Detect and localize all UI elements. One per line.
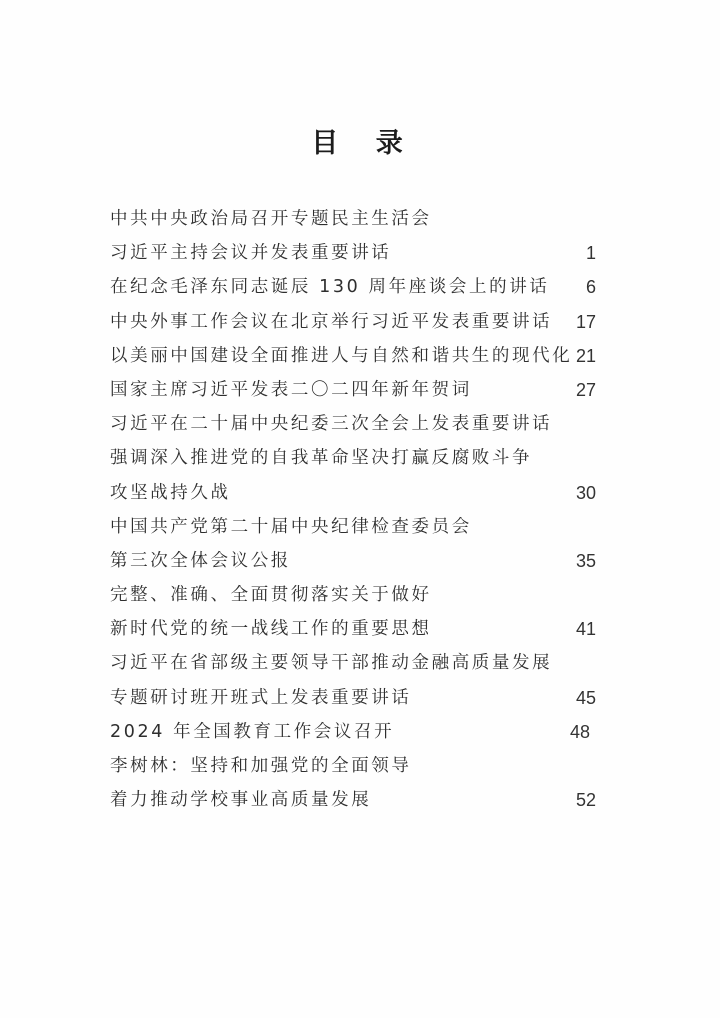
toc-entry-line[interactable]: 第三次全体会议公报 35 [110,546,596,580]
toc-entry-line[interactable]: 中国共产党第二十届中央纪律检查委员会 [110,512,596,546]
toc-entry-text: 以美丽中国建设全面推进人与自然和谐共生的现代化 [110,341,572,371]
toc-entry-line[interactable]: 攻坚战持久战 30 [110,478,596,512]
toc-entry-text: 完整、准确、全面贯彻落实关于做好 [110,580,432,610]
toc-page-number: 52 [576,785,596,815]
toc-page-number: 1 [586,238,596,268]
toc-entry-line[interactable]: 习近平在二十届中央纪委三次全会上发表重要讲话 [110,409,596,443]
toc-entry-line[interactable]: 完整、准确、全面贯彻落实关于做好 [110,580,596,614]
toc-entry-line[interactable]: 中央外事工作会议在北京举行习近平发表重要讲话 17 [110,307,596,341]
toc-entry-line[interactable]: 在纪念毛泽东同志诞辰 130 周年座谈会上的讲话 6 [110,272,596,306]
toc-page-number: 35 [576,546,596,576]
toc-entry-line[interactable]: 中共中央政治局召开专题民主生活会 [110,204,596,238]
toc-entry-text: 攻坚战持久战 [110,478,231,508]
toc-entry-text: 习近平在省部级主要领导干部推动金融高质量发展 [110,648,552,678]
toc-entry-text: 国家主席习近平发表二〇二四年新年贺词 [110,375,472,405]
toc-title: 目 录 [0,126,720,162]
toc-page-number: 41 [576,614,596,644]
toc-entry-line[interactable]: 习近平主持会议并发表重要讲话 1 [110,238,596,272]
toc-page-number: 21 [576,341,596,371]
toc-page-number: 48 [570,717,590,747]
toc-entry-text: 第三次全体会议公报 [110,546,291,576]
toc-entry-line[interactable]: 着力推动学校事业高质量发展 52 [110,785,596,819]
toc-entry-text: 2024 年全国教育工作会议召开 [110,717,394,747]
table-of-contents: 中共中央政治局召开专题民主生活会 习近平主持会议并发表重要讲话 1 在纪念毛泽东… [110,204,596,819]
toc-page-number: 27 [576,375,596,405]
toc-entry-line[interactable]: 强调深入推进党的自我革命坚决打赢反腐败斗争 [110,443,596,477]
toc-entry-text: 李树林：坚持和加强党的全面领导 [110,751,412,781]
toc-entry-text: 中国共产党第二十届中央纪律检查委员会 [110,512,472,542]
toc-page-number: 17 [576,307,596,337]
toc-entry-text: 新时代党的统一战线工作的重要思想 [110,614,432,644]
toc-entry-line[interactable]: 习近平在省部级主要领导干部推动金融高质量发展 [110,648,596,682]
toc-page-number: 6 [586,272,596,302]
toc-entry-text: 在纪念毛泽东同志诞辰 130 周年座谈会上的讲话 [110,272,549,302]
toc-entry-line[interactable]: 国家主席习近平发表二〇二四年新年贺词 27 [110,375,596,409]
toc-entry-text: 着力推动学校事业高质量发展 [110,785,371,815]
toc-entry-line[interactable]: 以美丽中国建设全面推进人与自然和谐共生的现代化 21 [110,341,596,375]
toc-page-number: 30 [576,478,596,508]
toc-entry-text: 习近平在二十届中央纪委三次全会上发表重要讲话 [110,409,552,439]
toc-entry-text: 强调深入推进党的自我革命坚决打赢反腐败斗争 [110,443,532,473]
toc-entry-line[interactable]: 2024 年全国教育工作会议召开 48 [110,717,596,751]
toc-entry-text: 中央外事工作会议在北京举行习近平发表重要讲话 [110,307,552,337]
toc-entry-text: 习近平主持会议并发表重要讲话 [110,238,391,268]
toc-entry-line[interactable]: 李树林：坚持和加强党的全面领导 [110,751,596,785]
document-page: 目 录 中共中央政治局召开专题民主生活会 习近平主持会议并发表重要讲话 1 在纪… [0,0,720,1018]
toc-entry-line[interactable]: 新时代党的统一战线工作的重要思想 41 [110,614,596,648]
toc-entry-text: 中共中央政治局召开专题民主生活会 [110,204,432,234]
toc-entry-text: 专题研讨班开班式上发表重要讲话 [110,683,412,713]
toc-entry-line[interactable]: 专题研讨班开班式上发表重要讲话 45 [110,683,596,717]
toc-page-number: 45 [576,683,596,713]
